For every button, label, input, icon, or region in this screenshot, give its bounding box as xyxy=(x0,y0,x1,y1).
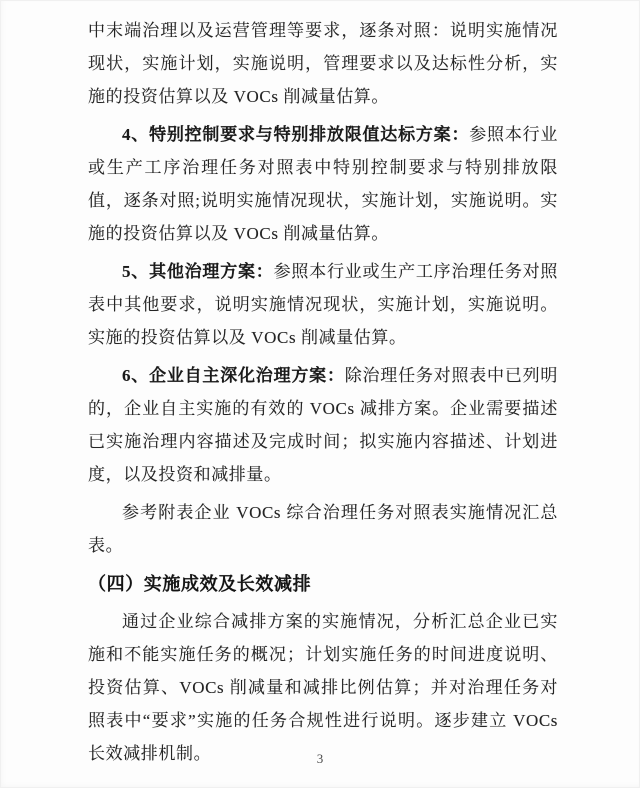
section-heading-4: （四）实施成效及长效减排 xyxy=(88,568,558,601)
paragraph-reference-note: 参考附表企业 VOCs 综合治理任务对照表实施情况汇总表。 xyxy=(88,496,558,562)
paragraph-continuation: 中末端治理以及运营管理等要求，逐条对照：说明实施情况现状，实施计划，实施说明，管… xyxy=(88,14,558,113)
page-number: 3 xyxy=(317,751,324,766)
reference-note-text: 参考附表企业 VOCs 综合治理任务对照表实施情况汇总表。 xyxy=(88,503,558,555)
closing-text: 通过企业综合减排方案的实施情况，分析汇总企业已实施和不能实施任务的概况；计划实施… xyxy=(88,612,558,763)
page-body: 中末端治理以及运营管理等要求，逐条对照：说明实施情况现状，实施计划，实施说明，管… xyxy=(88,14,558,770)
paragraph-text: 中末端治理以及运营管理等要求，逐条对照：说明实施情况现状，实施计划，实施说明，管… xyxy=(88,21,558,106)
page-footer: 3 xyxy=(0,750,640,768)
paragraph-closing: 通过企业综合减排方案的实施情况，分析汇总企业已实施和不能实施任务的概况；计划实施… xyxy=(88,605,558,770)
paragraph-section-6: 6、企业自主深化治理方案：除治理任务对照表中已列明的，企业自主实施的有效的 VO… xyxy=(88,359,558,491)
paragraph-section-5: 5、其他治理方案：参照本行业或生产工序治理任务对照表中其他要求，说明实施情况现状… xyxy=(88,255,558,354)
document-page: 中末端治理以及运营管理等要求，逐条对照：说明实施情况现状，实施计划，实施说明，管… xyxy=(0,0,640,788)
section-6-lead: 6、企业自主深化治理方案： xyxy=(122,366,345,385)
paragraph-section-4: 4、特别控制要求与特别排放限值达标方案：参照本行业或生产工序治理任务对照表中特别… xyxy=(88,118,558,250)
section-5-lead: 5、其他治理方案： xyxy=(122,262,274,281)
section-4-lead: 4、特别控制要求与特别排放限值达标方案： xyxy=(122,125,469,144)
